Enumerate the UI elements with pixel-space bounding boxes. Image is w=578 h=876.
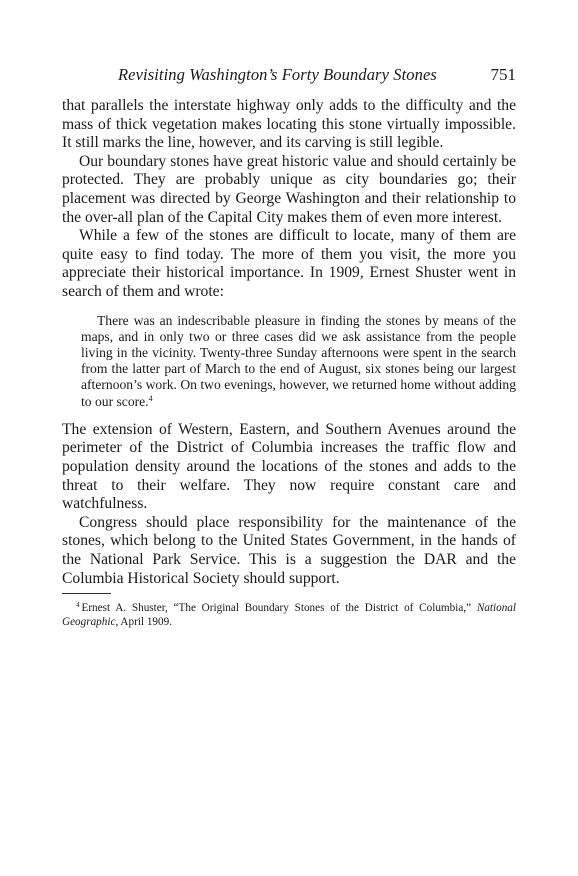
paragraph: The extension of Western, Eastern, and S…	[62, 421, 516, 514]
block-quote-text: There was an indescribable pleasure in f…	[81, 313, 516, 409]
body-text: that parallels the interstate highway on…	[62, 97, 516, 629]
running-header: Revisiting Washington’s Forty Boundary S…	[118, 64, 516, 86]
footnote-date: , April 1909.	[115, 616, 172, 628]
paragraph: Congress should place responsibility for…	[62, 514, 516, 588]
paragraph: Our boundary stones have great historic …	[62, 153, 516, 227]
footnote-text: Ernest A. Shuster, “The Original Boundar…	[82, 602, 477, 614]
paragraph: that parallels the interstate highway on…	[62, 97, 516, 153]
page-number: 751	[491, 64, 517, 86]
footnote: 4Ernest A. Shuster, “The Original Bounda…	[62, 598, 516, 629]
paragraph: While a few of the stones are difficult …	[62, 227, 516, 301]
block-quote: There was an indescribable pleasure in f…	[81, 313, 516, 410]
document-page: Revisiting Washington’s Forty Boundary S…	[0, 0, 578, 876]
footnote-reference: 4	[149, 394, 153, 403]
footnote-divider	[62, 593, 111, 594]
running-title: Revisiting Washington’s Forty Boundary S…	[118, 64, 437, 86]
footnote-number: 4	[76, 601, 80, 609]
